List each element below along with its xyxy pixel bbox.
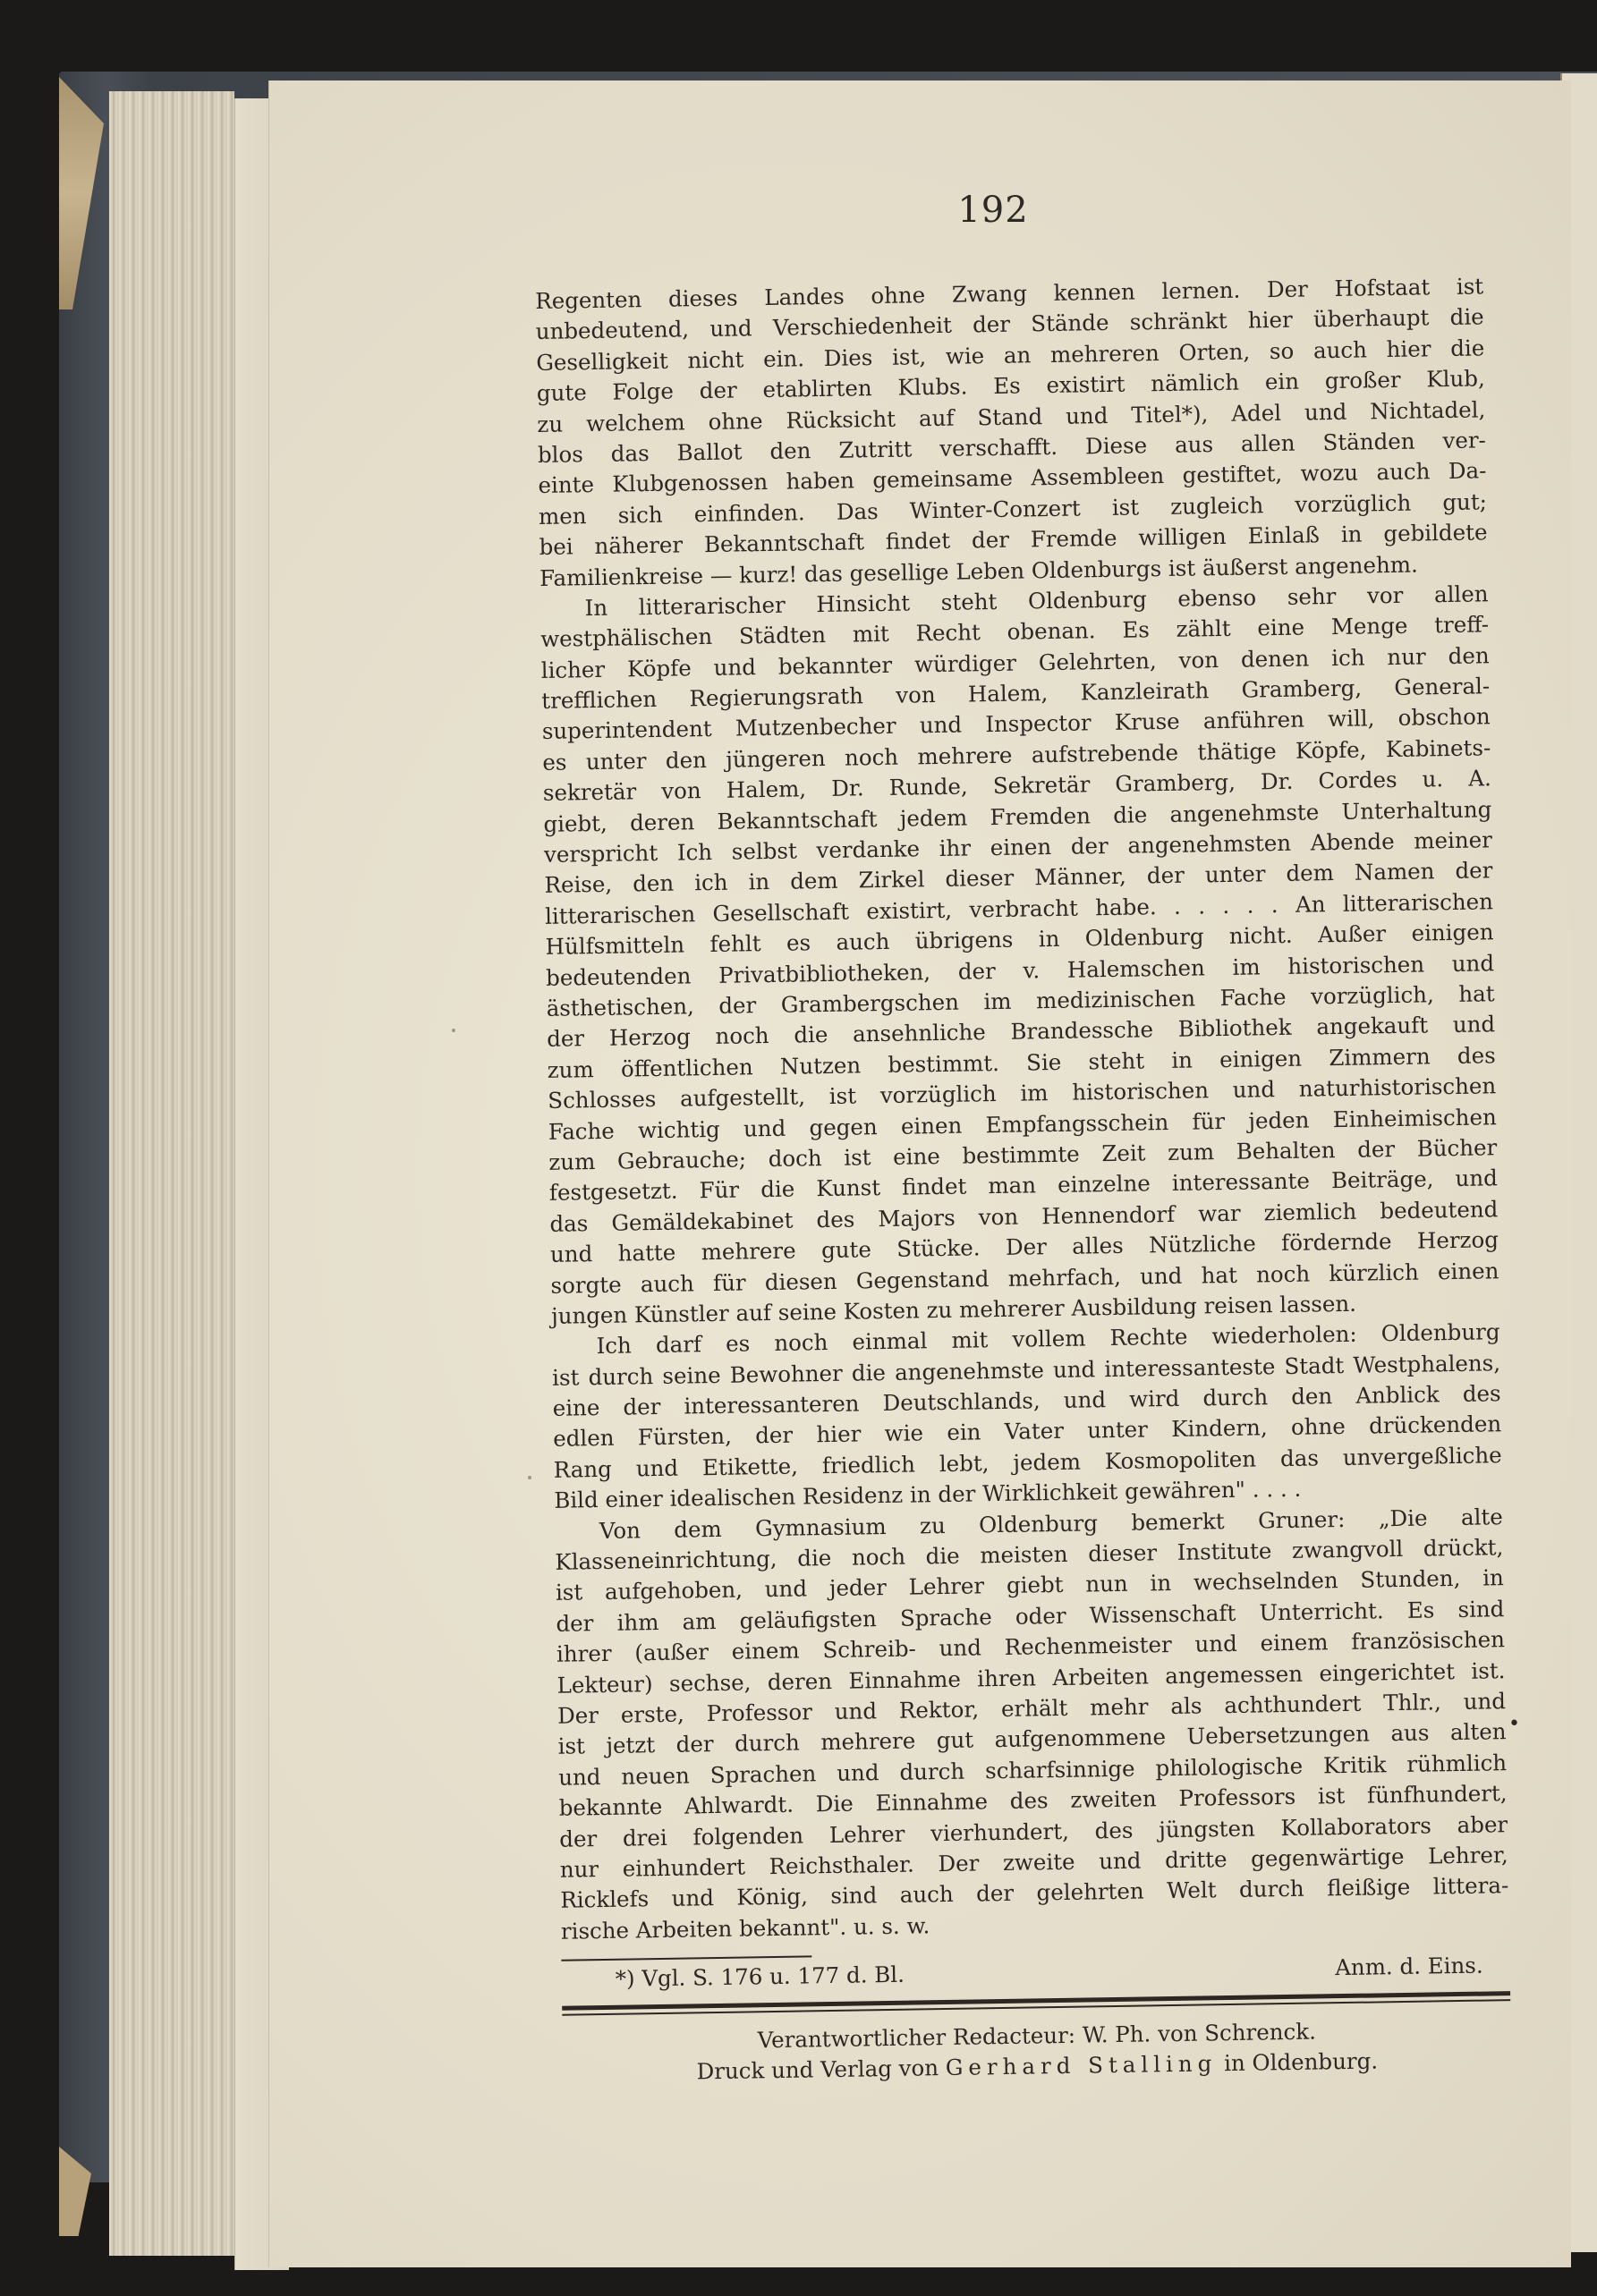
text-lines: Regenten dieses Landes ohne Zwang kennen… bbox=[535, 271, 1509, 1947]
paper-speck bbox=[452, 1029, 455, 1032]
page-stack-edges bbox=[109, 91, 234, 2256]
margin-ink-mark: • bbox=[1508, 1713, 1520, 1735]
colophon-double-rule bbox=[562, 1991, 1510, 2016]
body-text: Regenten dieses Landes ohne Zwang kennen… bbox=[535, 271, 1512, 2088]
footnote-rule bbox=[561, 1955, 811, 1961]
footnote-attribution: Anm. d. Eins. bbox=[1335, 1950, 1510, 1983]
colophon-printer-prefix: Druck und Verlag von bbox=[696, 2055, 939, 2084]
colophon-printer-name: Gerhard Stalling bbox=[946, 2050, 1218, 2080]
page-number: 192 bbox=[948, 190, 1038, 231]
paper-speck bbox=[528, 1476, 531, 1479]
footnote-text: *) Vgl. S. 176 u. 177 d. Bl. bbox=[615, 1960, 905, 1995]
colophon-printer-suffix: in Oldenburg. bbox=[1224, 2048, 1378, 2077]
